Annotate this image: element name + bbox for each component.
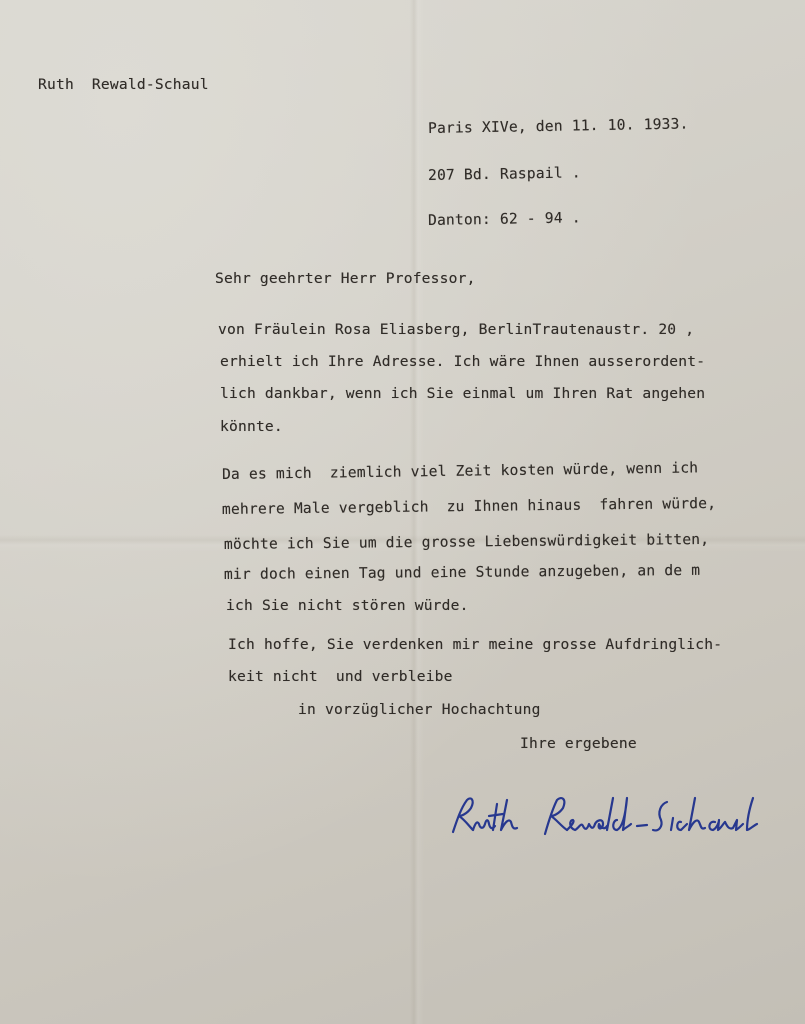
salutation: Sehr geehrter Herr Professor,: [215, 270, 476, 287]
body-line: mehrere Male vergeblich zu Ihnen hinaus …: [222, 495, 716, 518]
body-line: möchte ich Sie um die grosse Liebenswürd…: [224, 531, 709, 553]
signature-text: Ruth Rewald-Schaul: [445, 790, 754, 825]
address: 207 Bd. Raspail .: [428, 163, 689, 183]
place-date: Paris XIVe, den 11. 10. 1933.: [428, 116, 689, 136]
body-line: könnte.: [220, 418, 283, 435]
body-line: Da es mich ziemlich viel Zeit kosten wür…: [222, 459, 698, 483]
body-line: mir doch einen Tag und eine Stunde anzug…: [224, 562, 700, 583]
sender-name: Ruth Rewald-Schaul: [38, 76, 209, 93]
body-line: lich dankbar, wenn ich Sie einmal um Ihr…: [220, 385, 705, 402]
body-line: ich Sie nicht stören würde.: [226, 597, 469, 614]
body-line: erhielt ich Ihre Adresse. Ich wäre Ihnen…: [220, 353, 705, 370]
letter-page: Ruth Rewald-Schaul Paris XIVe, den 11. 1…: [0, 0, 805, 1024]
closing-phrase: in vorzüglicher Hochachtung: [298, 701, 541, 718]
handwritten-signature: Ruth Rewald-Schaul: [445, 790, 805, 850]
closing-regards: Ihre ergebene: [520, 735, 637, 752]
letterhead-place-block: Paris XIVe, den 11. 10. 1933. 207 Bd. Ra…: [428, 91, 689, 258]
body-line: von Fräulein Rosa Eliasberg, BerlinTraut…: [218, 321, 694, 338]
body-line: Ich hoffe, Sie verdenken mir meine gross…: [228, 636, 722, 653]
body-line: keit nicht und verbleibe: [228, 668, 453, 685]
phone: Danton: 62 - 94 .: [428, 208, 689, 228]
